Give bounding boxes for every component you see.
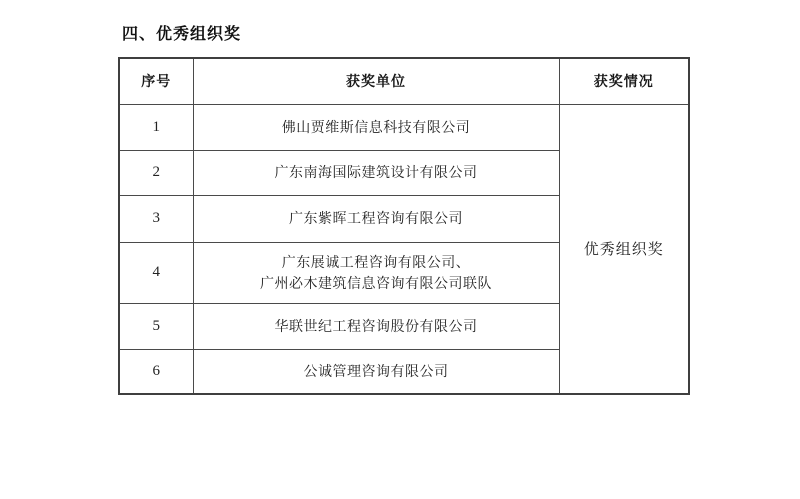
col-header-status: 获奖情况: [559, 58, 689, 104]
row-number-cell: 2: [119, 150, 193, 195]
unit-cell: 佛山贾维斯信息科技有限公司: [193, 104, 559, 150]
merged-status-cell: 优秀组织奖: [559, 104, 689, 394]
row-number-cell: 1: [119, 104, 193, 150]
table-row: 1 佛山贾维斯信息科技有限公司 优秀组织奖: [119, 104, 689, 150]
unit-cell: 广东紫晖工程咨询有限公司: [193, 195, 559, 242]
row-number-cell: 3: [119, 195, 193, 242]
unit-line-1: 广东展诚工程咨询有限公司、: [198, 252, 555, 273]
row-number-cell: 4: [119, 242, 193, 303]
unit-line-2: 广州必木建筑信息咨询有限公司联队: [198, 273, 555, 294]
unit-cell: 广东展诚工程咨询有限公司、 广州必木建筑信息咨询有限公司联队: [193, 242, 559, 303]
row-number-cell: 6: [119, 349, 193, 394]
unit-cell: 公诚管理咨询有限公司: [193, 349, 559, 394]
row-number-cell: 5: [119, 303, 193, 349]
col-header-no: 序号: [119, 58, 193, 104]
section-heading: 四、优秀组织奖: [122, 26, 241, 44]
awards-table: 序号 获奖单位 获奖情况 1 佛山贾维斯信息科技有限公司 优秀组织奖 2 广东南…: [118, 57, 690, 395]
table-header-row: 序号 获奖单位 获奖情况: [119, 58, 689, 104]
unit-cell: 华联世纪工程咨询股份有限公司: [193, 303, 559, 349]
unit-cell: 广东南海国际建筑设计有限公司: [193, 150, 559, 195]
col-header-unit: 获奖单位: [193, 58, 559, 104]
document-page: 四、优秀组织奖 序号 获奖单位 获奖情况 1 佛山贾维斯信息科技有限公司 优秀组…: [0, 0, 800, 499]
